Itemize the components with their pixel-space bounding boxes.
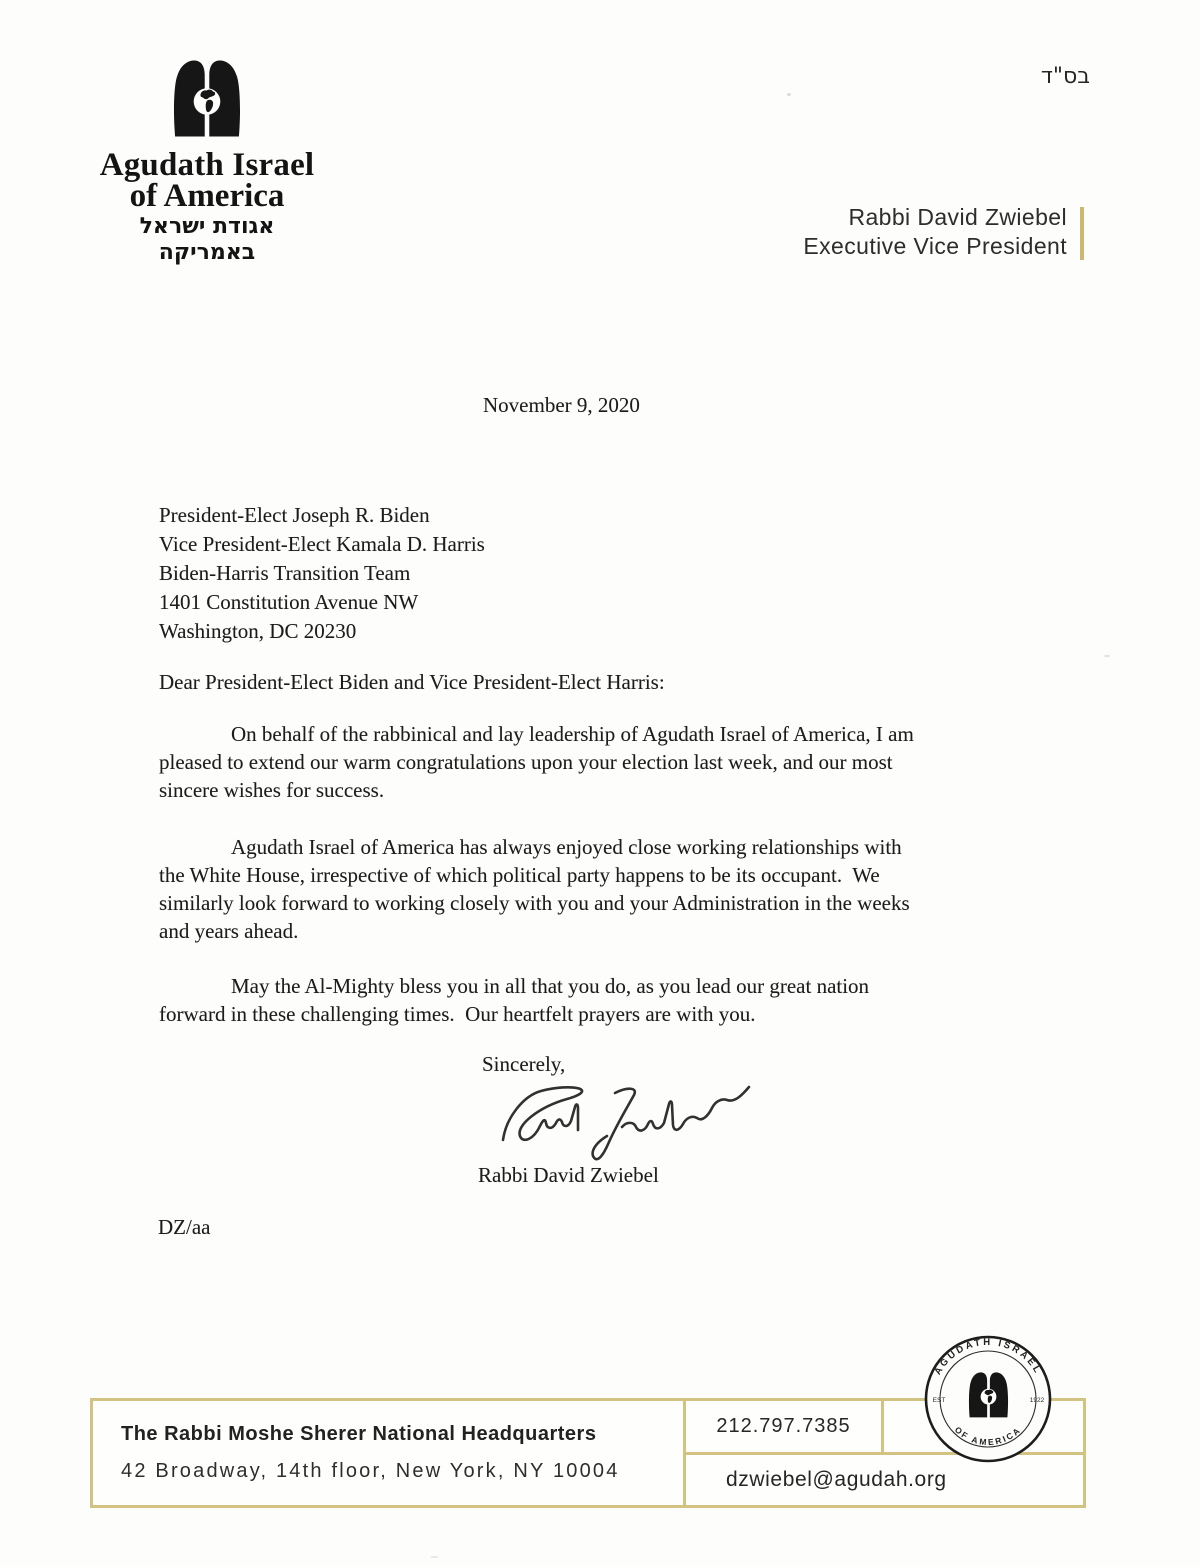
seal-year-text: 1922 [1030,1397,1045,1404]
salutation: Dear President-Elect Biden and Vice Pres… [159,668,665,696]
org-name-line2: of America [92,181,322,212]
address-line: Washington, DC 20230 [159,617,485,646]
body-paragraph-2: Agudath Israel of America has always enj… [159,833,1024,945]
officer-title: Executive Vice President [803,232,1067,261]
body-line: similarly look forward to working closel… [159,889,1024,917]
address-line: Biden-Harris Transition Team [159,559,485,588]
scanned-letter-page: בס"ד Agudath Israel of America אגודת ישר… [0,0,1200,1567]
phone-number: 212.797.7385 [686,1401,884,1452]
org-logo-block: Agudath Israel of America אגודת ישראל בא… [92,58,322,266]
reference-initials: DZ/aa [158,1213,210,1241]
body-line: On behalf of the rabbinical and lay lead… [159,720,1024,748]
closing: Sincerely, [482,1050,565,1078]
scan-speck [430,1556,439,1558]
headquarters-name: The Rabbi Moshe Sherer National Headquar… [121,1423,683,1446]
recipient-address: President-Elect Joseph R. Biden Vice Pre… [159,501,485,646]
body-line: and years ahead. [159,917,1024,945]
org-name-hebrew: אגודת ישראל באמריקה [92,214,322,266]
tablets-globe-logo-icon [169,58,245,142]
headquarters-cell: The Rabbi Moshe Sherer National Headquar… [90,1398,686,1508]
gold-accent-bar [1080,207,1084,260]
body-line: Agudath Israel of America has always enj… [159,833,1024,861]
address-line: 1401 Constitution Avenue NW [159,588,485,617]
scan-speck [1104,655,1110,657]
letter-date: November 9, 2020 [483,391,640,419]
address-line: President-Elect Joseph R. Biden [159,501,485,530]
body-line: pleased to extend our warm congratulatio… [159,748,1024,776]
body-paragraph-3: May the Al-Mighty bless you in all that … [159,972,1024,1028]
officer-name: Rabbi David Zwiebel [803,203,1067,232]
scan-speck [787,93,791,96]
officer-block: Rabbi David Zwiebel Executive Vice Presi… [803,203,1067,261]
signed-name: Rabbi David Zwiebel [478,1161,659,1189]
address-line: Vice President-Elect Kamala D. Harris [159,530,485,559]
body-line: May the Al-Mighty bless you in all that … [159,972,1024,1000]
body-paragraph-1: On behalf of the rabbinical and lay lead… [159,720,1024,804]
body-line: forward in these challenging times. Our … [159,1000,1024,1028]
body-line: sincere wishes for success. [159,776,1024,804]
signature-image [495,1080,757,1168]
org-name-line1: Agudath Israel [92,150,322,181]
body-line: the White House, irrespective of which p… [159,861,1024,889]
headquarters-address: 42 Broadway, 14th floor, New York, NY 10… [121,1460,683,1483]
seal-est-text: EST [933,1397,946,1404]
org-seal: AGUDATH ISRAEL OF AMERICA EST 1922 [922,1333,1054,1465]
besed-hebrew-text: בס"ד [1041,64,1090,89]
